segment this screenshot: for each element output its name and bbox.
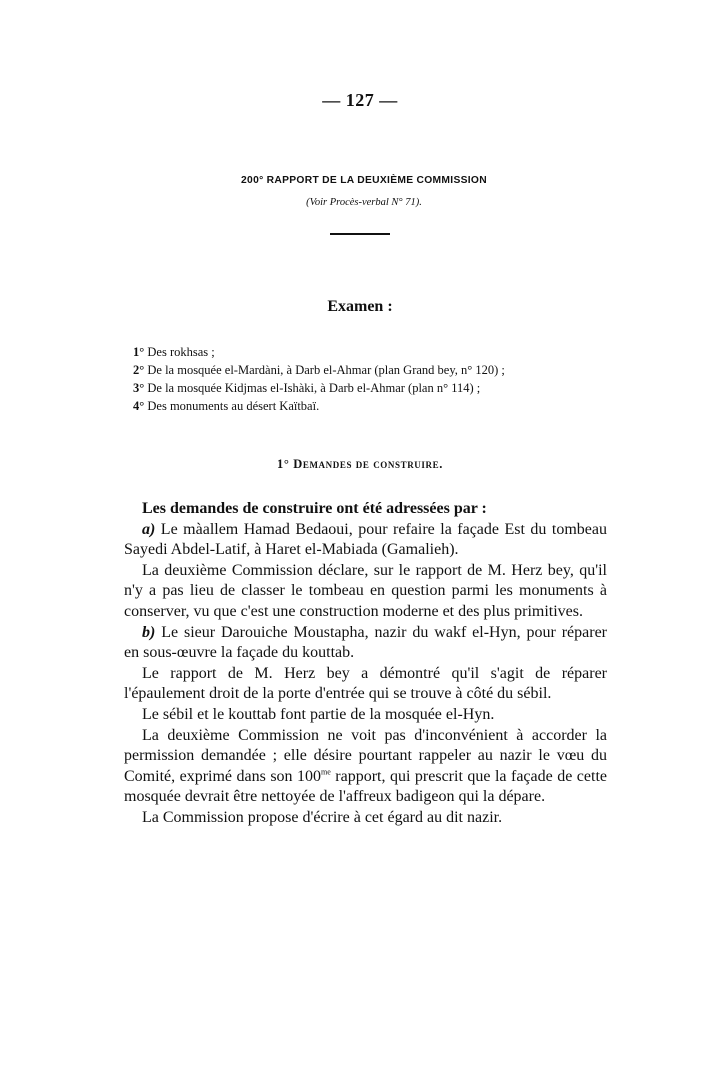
agenda-item: 3° De la mosquée Kidjmas el-Ishàki, à Da… (133, 379, 505, 397)
request-a-text: Le màallem Hamad Bedaoui, pour refaire l… (124, 521, 607, 559)
agenda-list: 1° Des rokhsas ; 2° De la mosquée el-Mar… (133, 343, 505, 415)
conclusion-paragraph: La Commission propose d'écrire à cet éga… (124, 808, 607, 829)
body-text: Les demandes de construire ont été adres… (124, 499, 607, 829)
request-b-text: Le sieur Darouiche Moustapha, nazir du w… (124, 624, 607, 662)
agenda-number: 3° (133, 381, 144, 395)
agenda-item: 2° De la mosquée el-Mardàni, à Darb el-A… (133, 361, 505, 379)
divider-rule (330, 233, 390, 235)
request-b-context: Le sébil et le kouttab font partie de la… (124, 705, 607, 726)
request-a-paragraph: a) Le màallem Hamad Bedaoui, pour refair… (124, 520, 607, 561)
agenda-number: 2° (133, 363, 144, 377)
ordinal-superscript: me (321, 767, 331, 776)
agenda-item: 1° Des rokhsas ; (133, 343, 505, 361)
document-page: — 127 — 200° RAPPORT DE LA DEUXIÈME COMM… (0, 0, 720, 1082)
agenda-item: 4° Des monuments au désert Kaïtbaï. (133, 397, 505, 415)
request-a-label: a) (142, 521, 155, 538)
section-heading: 1° Demandes de construire. (0, 457, 720, 472)
agenda-number: 1° (133, 345, 144, 359)
agenda-text: De la mosquée el-Mardàni, à Darb el-Ahma… (144, 363, 505, 377)
request-b-decision: La deuxième Commission ne voit pas d'inc… (124, 726, 607, 808)
request-a-decision: La deuxième Commission déclare, sur le r… (124, 561, 607, 623)
report-reference: (Voir Procès-verbal N° 71). (0, 197, 720, 208)
request-b-report: Le rapport de M. Herz bey a démontré qu'… (124, 664, 607, 705)
agenda-text: Des rokhsas ; (144, 345, 214, 359)
agenda-text: Des monuments au désert Kaïtbaï. (144, 399, 319, 413)
intro-paragraph: Les demandes de construire ont été adres… (124, 499, 607, 520)
request-b-label: b) (142, 624, 155, 641)
page-number: — 127 — (0, 90, 720, 111)
exam-heading: Examen : (0, 298, 720, 316)
agenda-number: 4° (133, 399, 144, 413)
report-title: 200° RAPPORT DE LA DEUXIÈME COMMISSION (7, 174, 720, 186)
agenda-text: De la mosquée Kidjmas el-Ishàki, à Darb … (144, 381, 480, 395)
request-b-paragraph: b) Le sieur Darouiche Moustapha, nazir d… (124, 623, 607, 664)
